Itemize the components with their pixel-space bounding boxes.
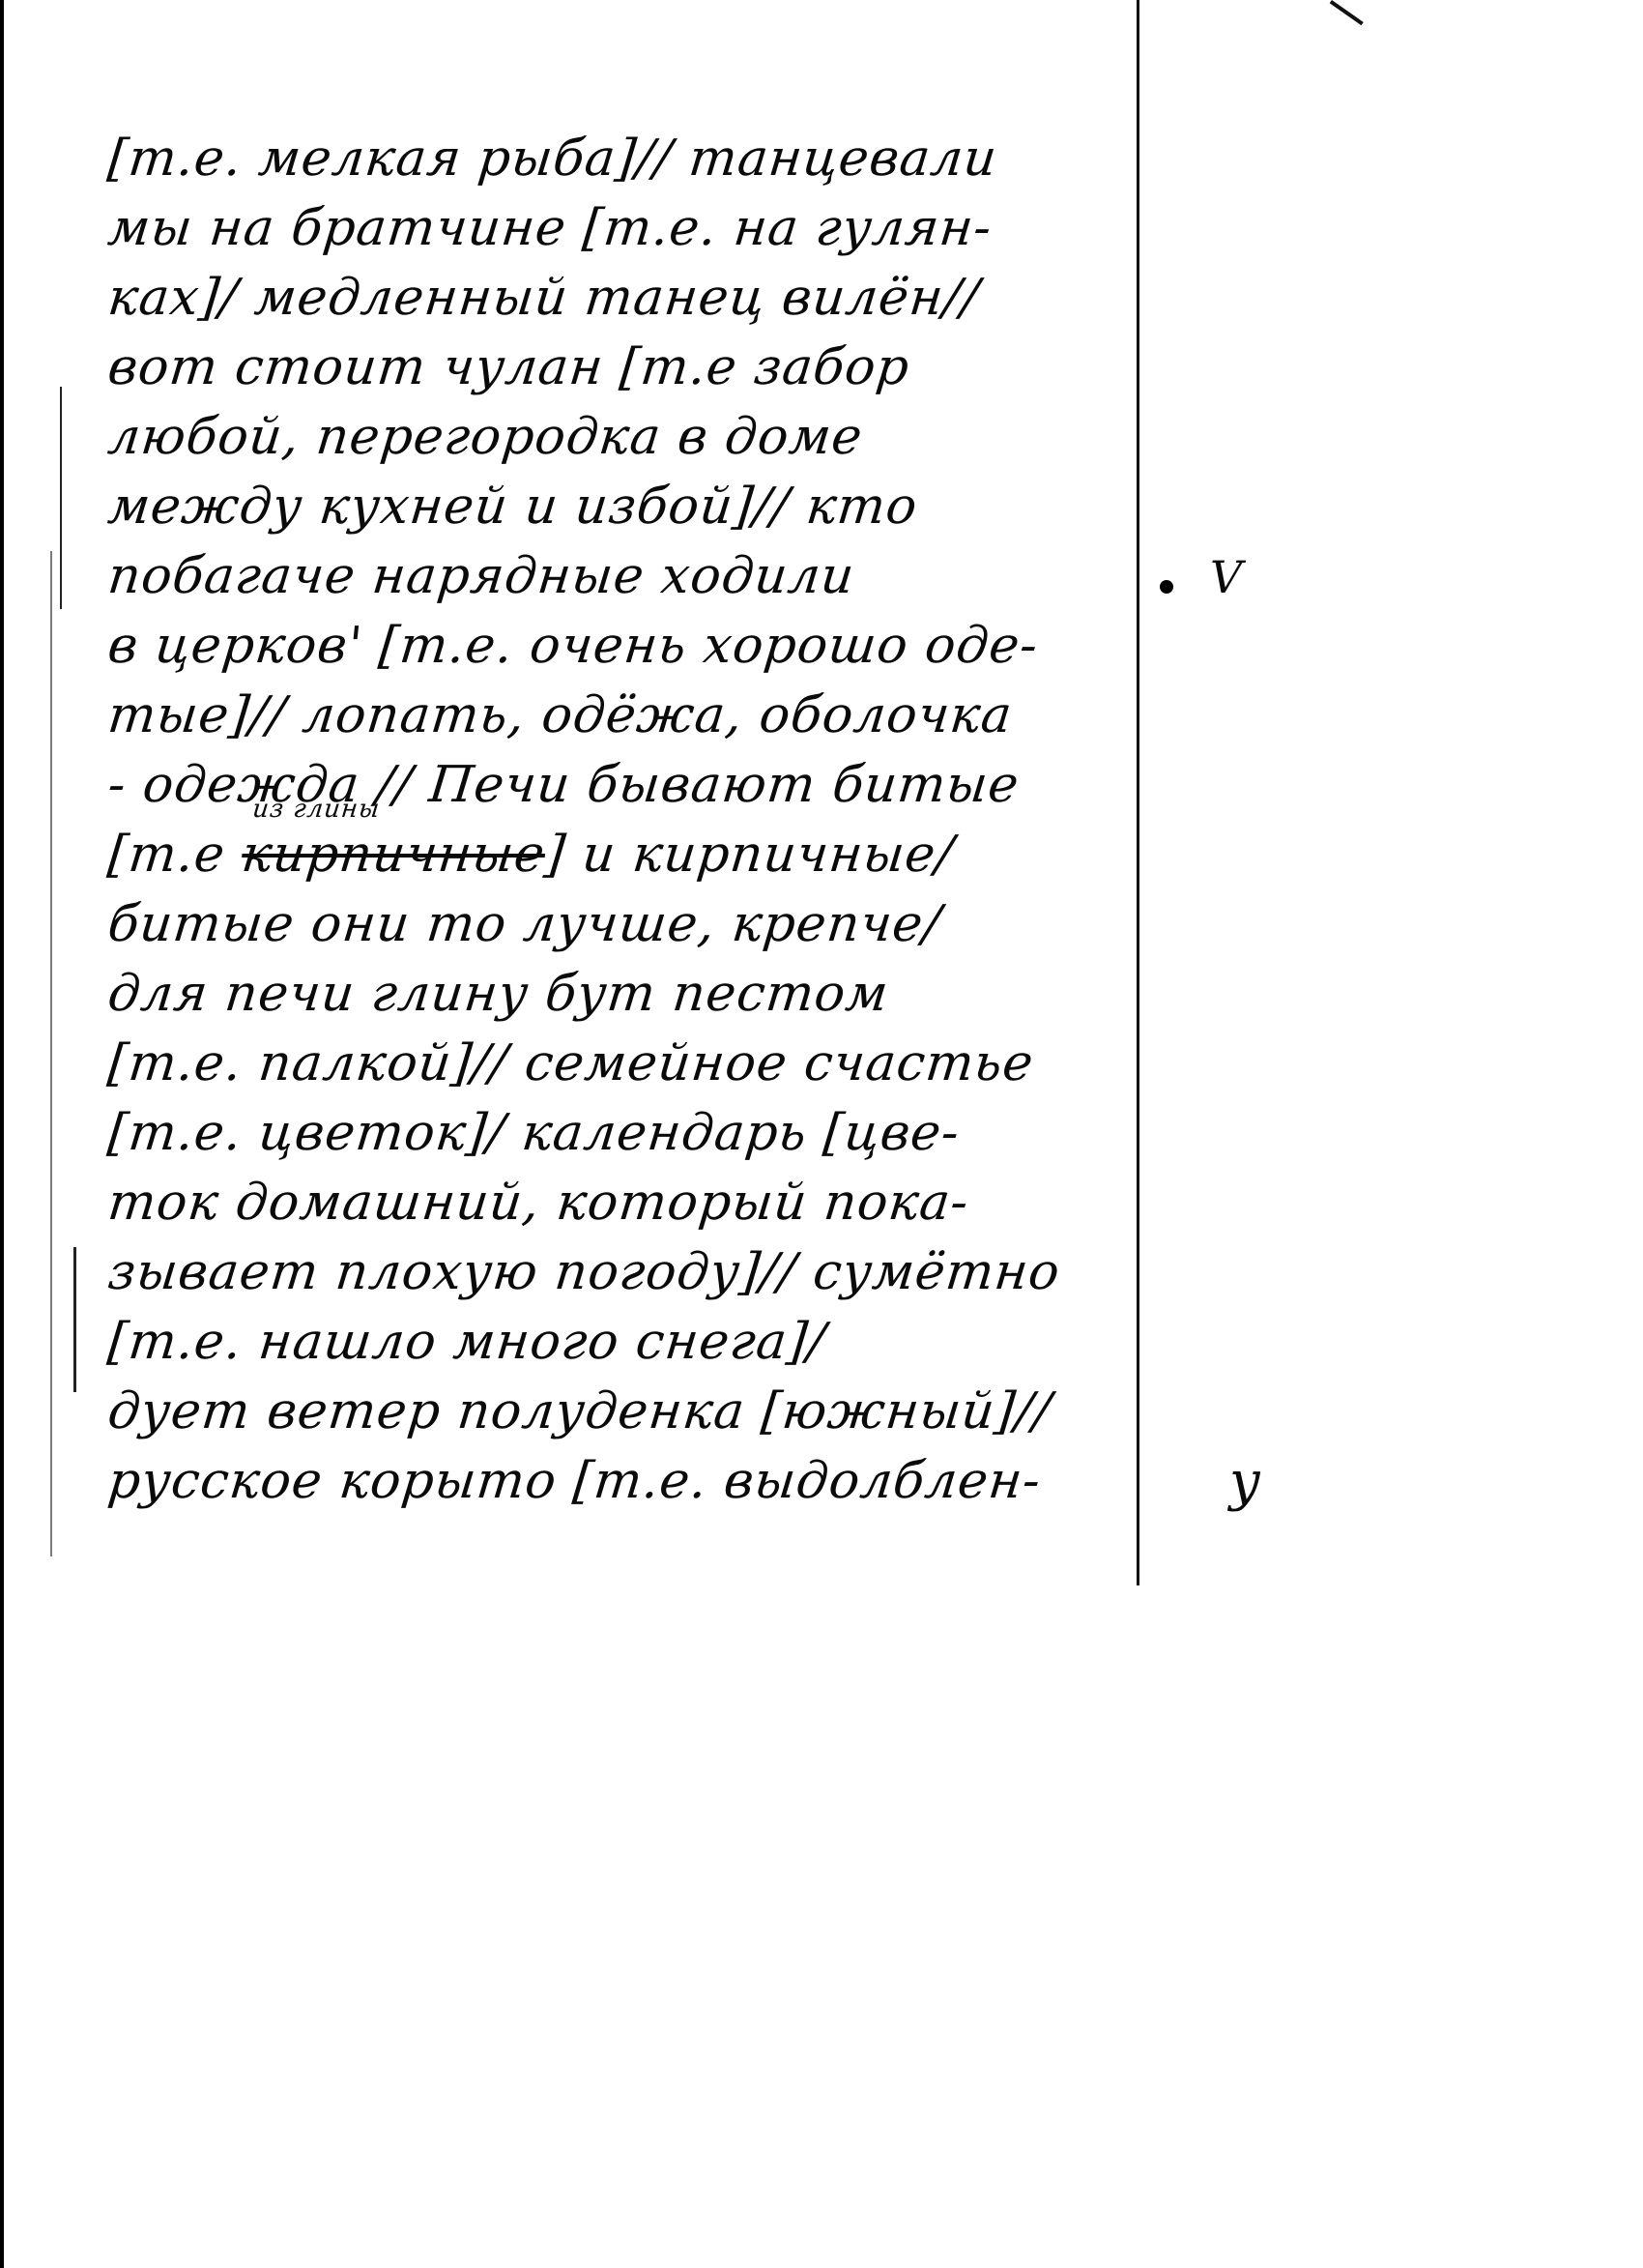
text-line: для печи глину бут пестом — [104, 959, 1166, 1029]
margin-dot-mark — [1160, 580, 1173, 594]
left-margin-faint-line — [50, 551, 52, 1556]
text-line: вот стоит чулан [т.е забор — [104, 333, 1166, 402]
text-line: побагаче нарядные ходили — [104, 541, 1166, 611]
inserted-text: из глины — [251, 797, 382, 822]
corner-pen-mark — [1330, 0, 1364, 25]
left-margin-pen-line — [60, 387, 62, 609]
struck-text: кирпичные — [239, 826, 548, 884]
text-line: любой, перегородка в доме — [104, 402, 1166, 472]
line-prefix: [т.е — [105, 826, 245, 884]
text-line: ках]/ медленный танец вилён// — [104, 263, 1166, 333]
text-line: зывает плохую погоду]// сумётно — [104, 1237, 1166, 1307]
text-line: ток домашний, который пока- — [104, 1168, 1166, 1237]
text-line: тые]// лопать, одёжа, оболочка — [104, 681, 1166, 750]
text-line: между кухней и избой]// кто — [104, 472, 1166, 541]
scan-left-edge — [0, 0, 4, 2268]
margin-letter-mark: у — [1229, 1450, 1260, 1513]
text-line: в церков' [т.е. очень хорошо оде- — [104, 611, 1166, 681]
text-line: [т.е. нашло много снега]/ — [104, 1307, 1166, 1377]
line-suffix: ] и кирпичные/ — [542, 826, 957, 884]
margin-check-mark: V — [1210, 551, 1242, 603]
text-line-with-correction: [т.е из глиныкирпичные] и кирпичные/ — [104, 820, 1166, 889]
text-line: русское корыто [т.е. выдолблен- — [104, 1446, 1166, 1516]
text-line: битые они то лучше, крепче/ — [104, 889, 1166, 959]
handwritten-text-block: [т.е. мелкая рыба]// танцевали мы на бра… — [108, 124, 1162, 1516]
text-line: мы на братчине [т.е. на гулян- — [104, 193, 1166, 263]
text-line: [т.е. палкой]// семейное счастье — [104, 1029, 1166, 1098]
correction: из глиныкирпичные — [239, 826, 548, 884]
text-line: [т.е. мелкая рыба]// танцевали — [104, 124, 1166, 193]
text-line: дует ветер полуденка [южный]// — [104, 1377, 1166, 1446]
text-line: [т.е. цветок]/ календарь [цве- — [104, 1098, 1166, 1168]
left-margin-bracket-line — [73, 1247, 76, 1392]
